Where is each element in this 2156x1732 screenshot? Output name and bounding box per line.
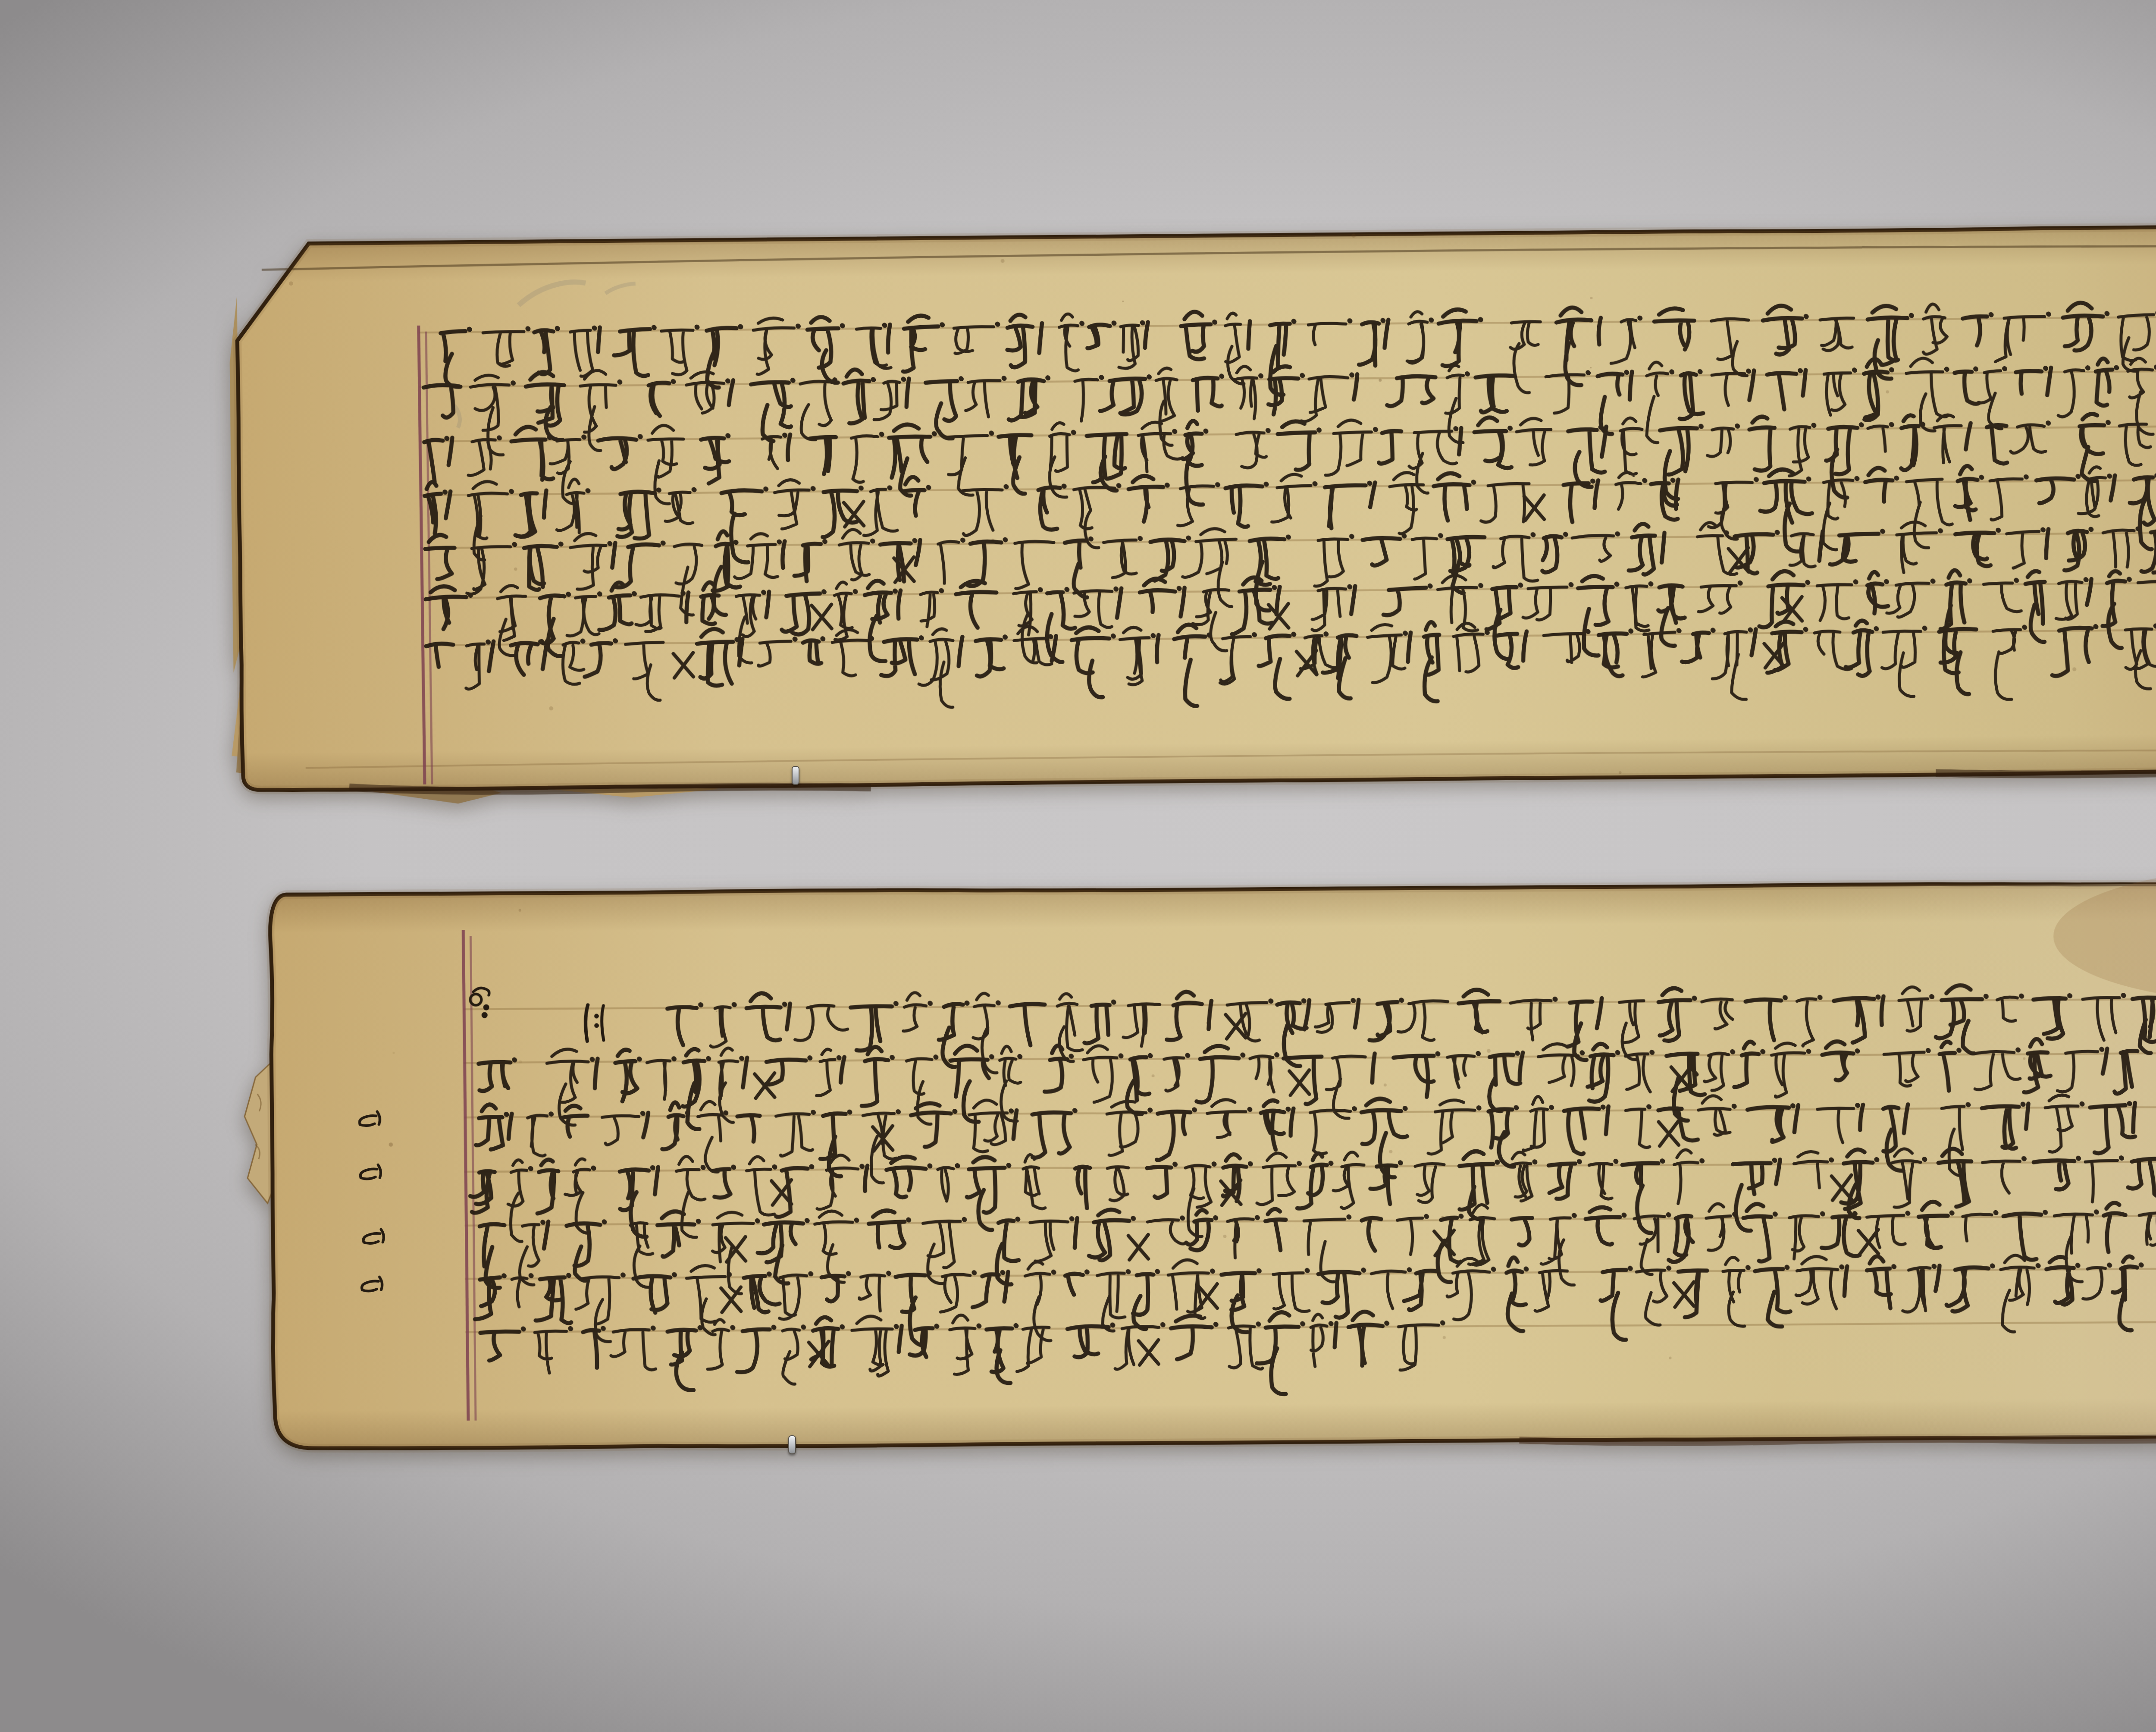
metal-pin — [792, 766, 799, 785]
metal-pin — [788, 1435, 796, 1454]
manuscript-leaf-upper — [235, 221, 2156, 794]
photo-backdrop — [0, 0, 2156, 1732]
upper-leaf-svg — [235, 221, 2156, 794]
lower-leaf-svg — [269, 878, 2156, 1453]
manuscript-leaf-lower — [269, 878, 2156, 1453]
